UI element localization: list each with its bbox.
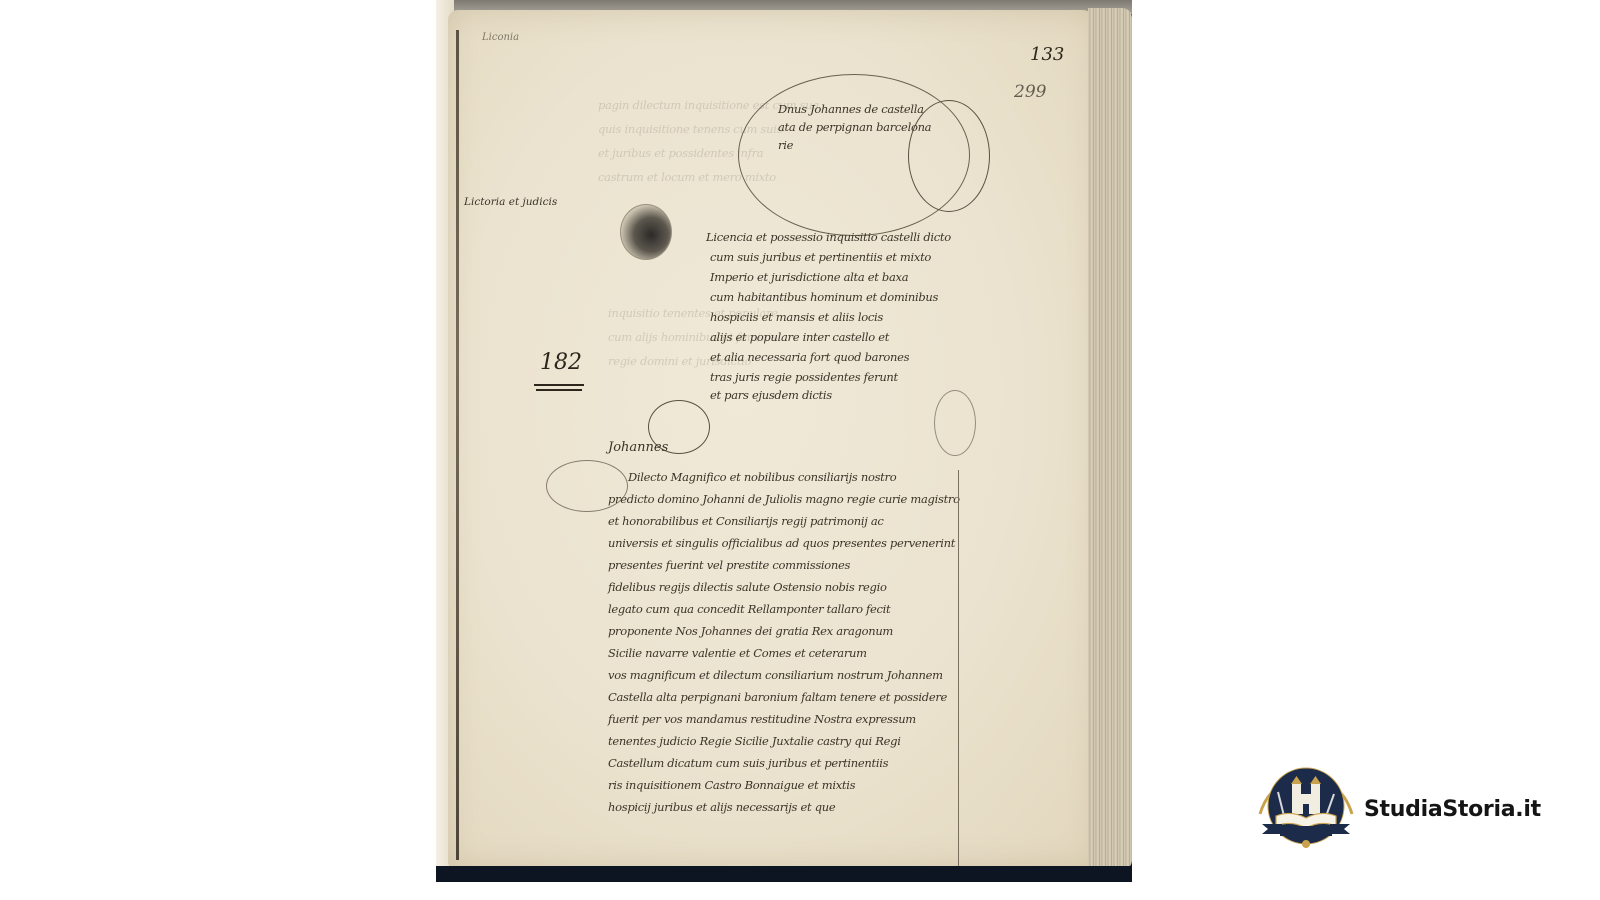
page-fore-edge [1088,8,1132,870]
logo-badge [1256,764,1356,854]
backdrop-bottom [436,866,1132,882]
heading-flourish-right [908,100,990,212]
folio-number-secondary: 299 [1014,82,1046,102]
brand-logo[interactable]: StudiaStoria.it [1256,764,1541,854]
margin-number-underline-2 [536,389,582,391]
manuscript-photo: Liconia 133 299 pagin dilectum inquisiti… [436,0,1132,882]
ruled-margin-line [958,470,959,870]
brand-name: StudiaStoria.it [1364,797,1541,822]
second-heading: Johannes [608,440,668,455]
top-left-note: Liconia [482,32,519,43]
margin-number: 182 [540,350,582,375]
binding-gutter [456,30,459,860]
folio-number-primary: 133 [1030,44,1064,65]
castle-icon [1256,764,1356,854]
left-margin-note: Lictoria et judicis [464,196,557,208]
wax-seal-stain [620,204,672,260]
right-flourish [934,390,976,456]
margin-number-underline [534,384,584,386]
manuscript-page: Liconia 133 299 pagin dilectum inquisiti… [448,10,1098,868]
